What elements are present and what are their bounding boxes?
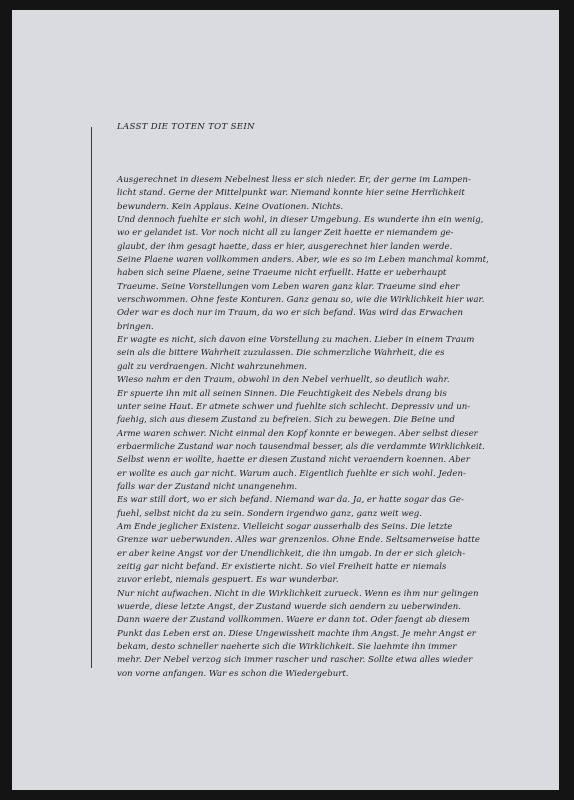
text-line: unter seine Haut. Er atmete schwer und f… — [117, 401, 489, 414]
text-line: er aber keine Angst vor der Unendlichkei… — [117, 548, 489, 561]
text-line: Am Ende jeglicher Existenz. Vielleicht s… — [117, 521, 489, 534]
text-line: zeitig gar nicht befand. Er existierte n… — [117, 561, 489, 574]
text-line: er wollte es auch gar nicht. Warum auch.… — [117, 468, 489, 481]
document-page: LASST DIE TOTEN TOT SEIN Ausgerechnet in… — [12, 10, 559, 790]
text-line: wo er gelandet ist. Vor noch nicht all z… — [117, 227, 489, 240]
text-line: Grenze war ueberwunden. Alles war grenze… — [117, 534, 489, 547]
text-line: Seine Plaene waren vollkommen anders. Ab… — [117, 254, 489, 267]
text-line: Er wagte es nicht, sich davon eine Vorst… — [117, 334, 489, 347]
text-line: erbaermliche Zustand war noch tausendmal… — [117, 441, 489, 454]
text-line: von vorne anfangen. War es schon die Wie… — [117, 668, 489, 681]
text-line: Und dennoch fuehlte er sich wohl, in die… — [117, 214, 489, 227]
text-line: licht stand. Gerne der Mittelpunkt war. … — [117, 187, 489, 200]
text-line: Wieso nahm er den Traum, obwohl in den N… — [117, 374, 489, 387]
text-line: wuerde, diese letzte Angst, der Zustand … — [117, 601, 489, 614]
text-line: haben sich seine Plaene, seine Traeume n… — [117, 267, 489, 280]
text-line: Punkt das Leben erst an. Diese Ungewissh… — [117, 628, 489, 641]
text-line: Oder war es doch nur im Traum, da wo er … — [117, 307, 489, 320]
margin-rule — [91, 127, 92, 668]
text-line: Traeume. Seine Vorstellungen vom Leben w… — [117, 281, 489, 294]
text-line: Es war still dort, wo er sich befand. Ni… — [117, 494, 489, 507]
text-line: sein als die bittere Wahrheit zuzulassen… — [117, 347, 489, 360]
text-line: verschwommen. Ohne feste Konturen. Ganz … — [117, 294, 489, 307]
document-title: LASST DIE TOTEN TOT SEIN — [117, 122, 255, 132]
text-line: bekam, desto schneller naeherte sich die… — [117, 641, 489, 654]
text-line: bewundern. Kein Applaus. Keine Ovationen… — [117, 201, 489, 214]
text-line: Dann waere der Zustand vollkommen. Waere… — [117, 614, 489, 627]
text-line: glaubt, der ihm gesagt haette, dass er h… — [117, 241, 489, 254]
text-line: Selbst wenn er wollte, haette er diesen … — [117, 454, 489, 467]
text-line: faehig, sich aus diesem Zustand zu befre… — [117, 414, 489, 427]
text-line: bringen. — [117, 321, 489, 334]
text-line: falls war der Zustand nicht unangenehm. — [117, 481, 489, 494]
text-line: Arme waren schwer. Nicht einmal den Kopf… — [117, 428, 489, 441]
text-line: Ausgerechnet in diesem Nebelnest liess e… — [117, 174, 489, 187]
text-line: mehr. Der Nebel verzog sich immer rasche… — [117, 654, 489, 667]
text-line: fuehl, selbst nicht da zu sein. Sondern … — [117, 508, 489, 521]
text-line: Er spuerte ihn mit all seinen Sinnen. Di… — [117, 388, 489, 401]
text-line: galt zu verdraengen. Nicht wahrzunehmen. — [117, 361, 489, 374]
document-body: Ausgerechnet in diesem Nebelnest liess e… — [117, 174, 489, 681]
text-line: zuvor erlebt, niemals gespuert. Es war w… — [117, 574, 489, 587]
text-line: Nur nicht aufwachen. Nicht in die Wirkli… — [117, 588, 489, 601]
